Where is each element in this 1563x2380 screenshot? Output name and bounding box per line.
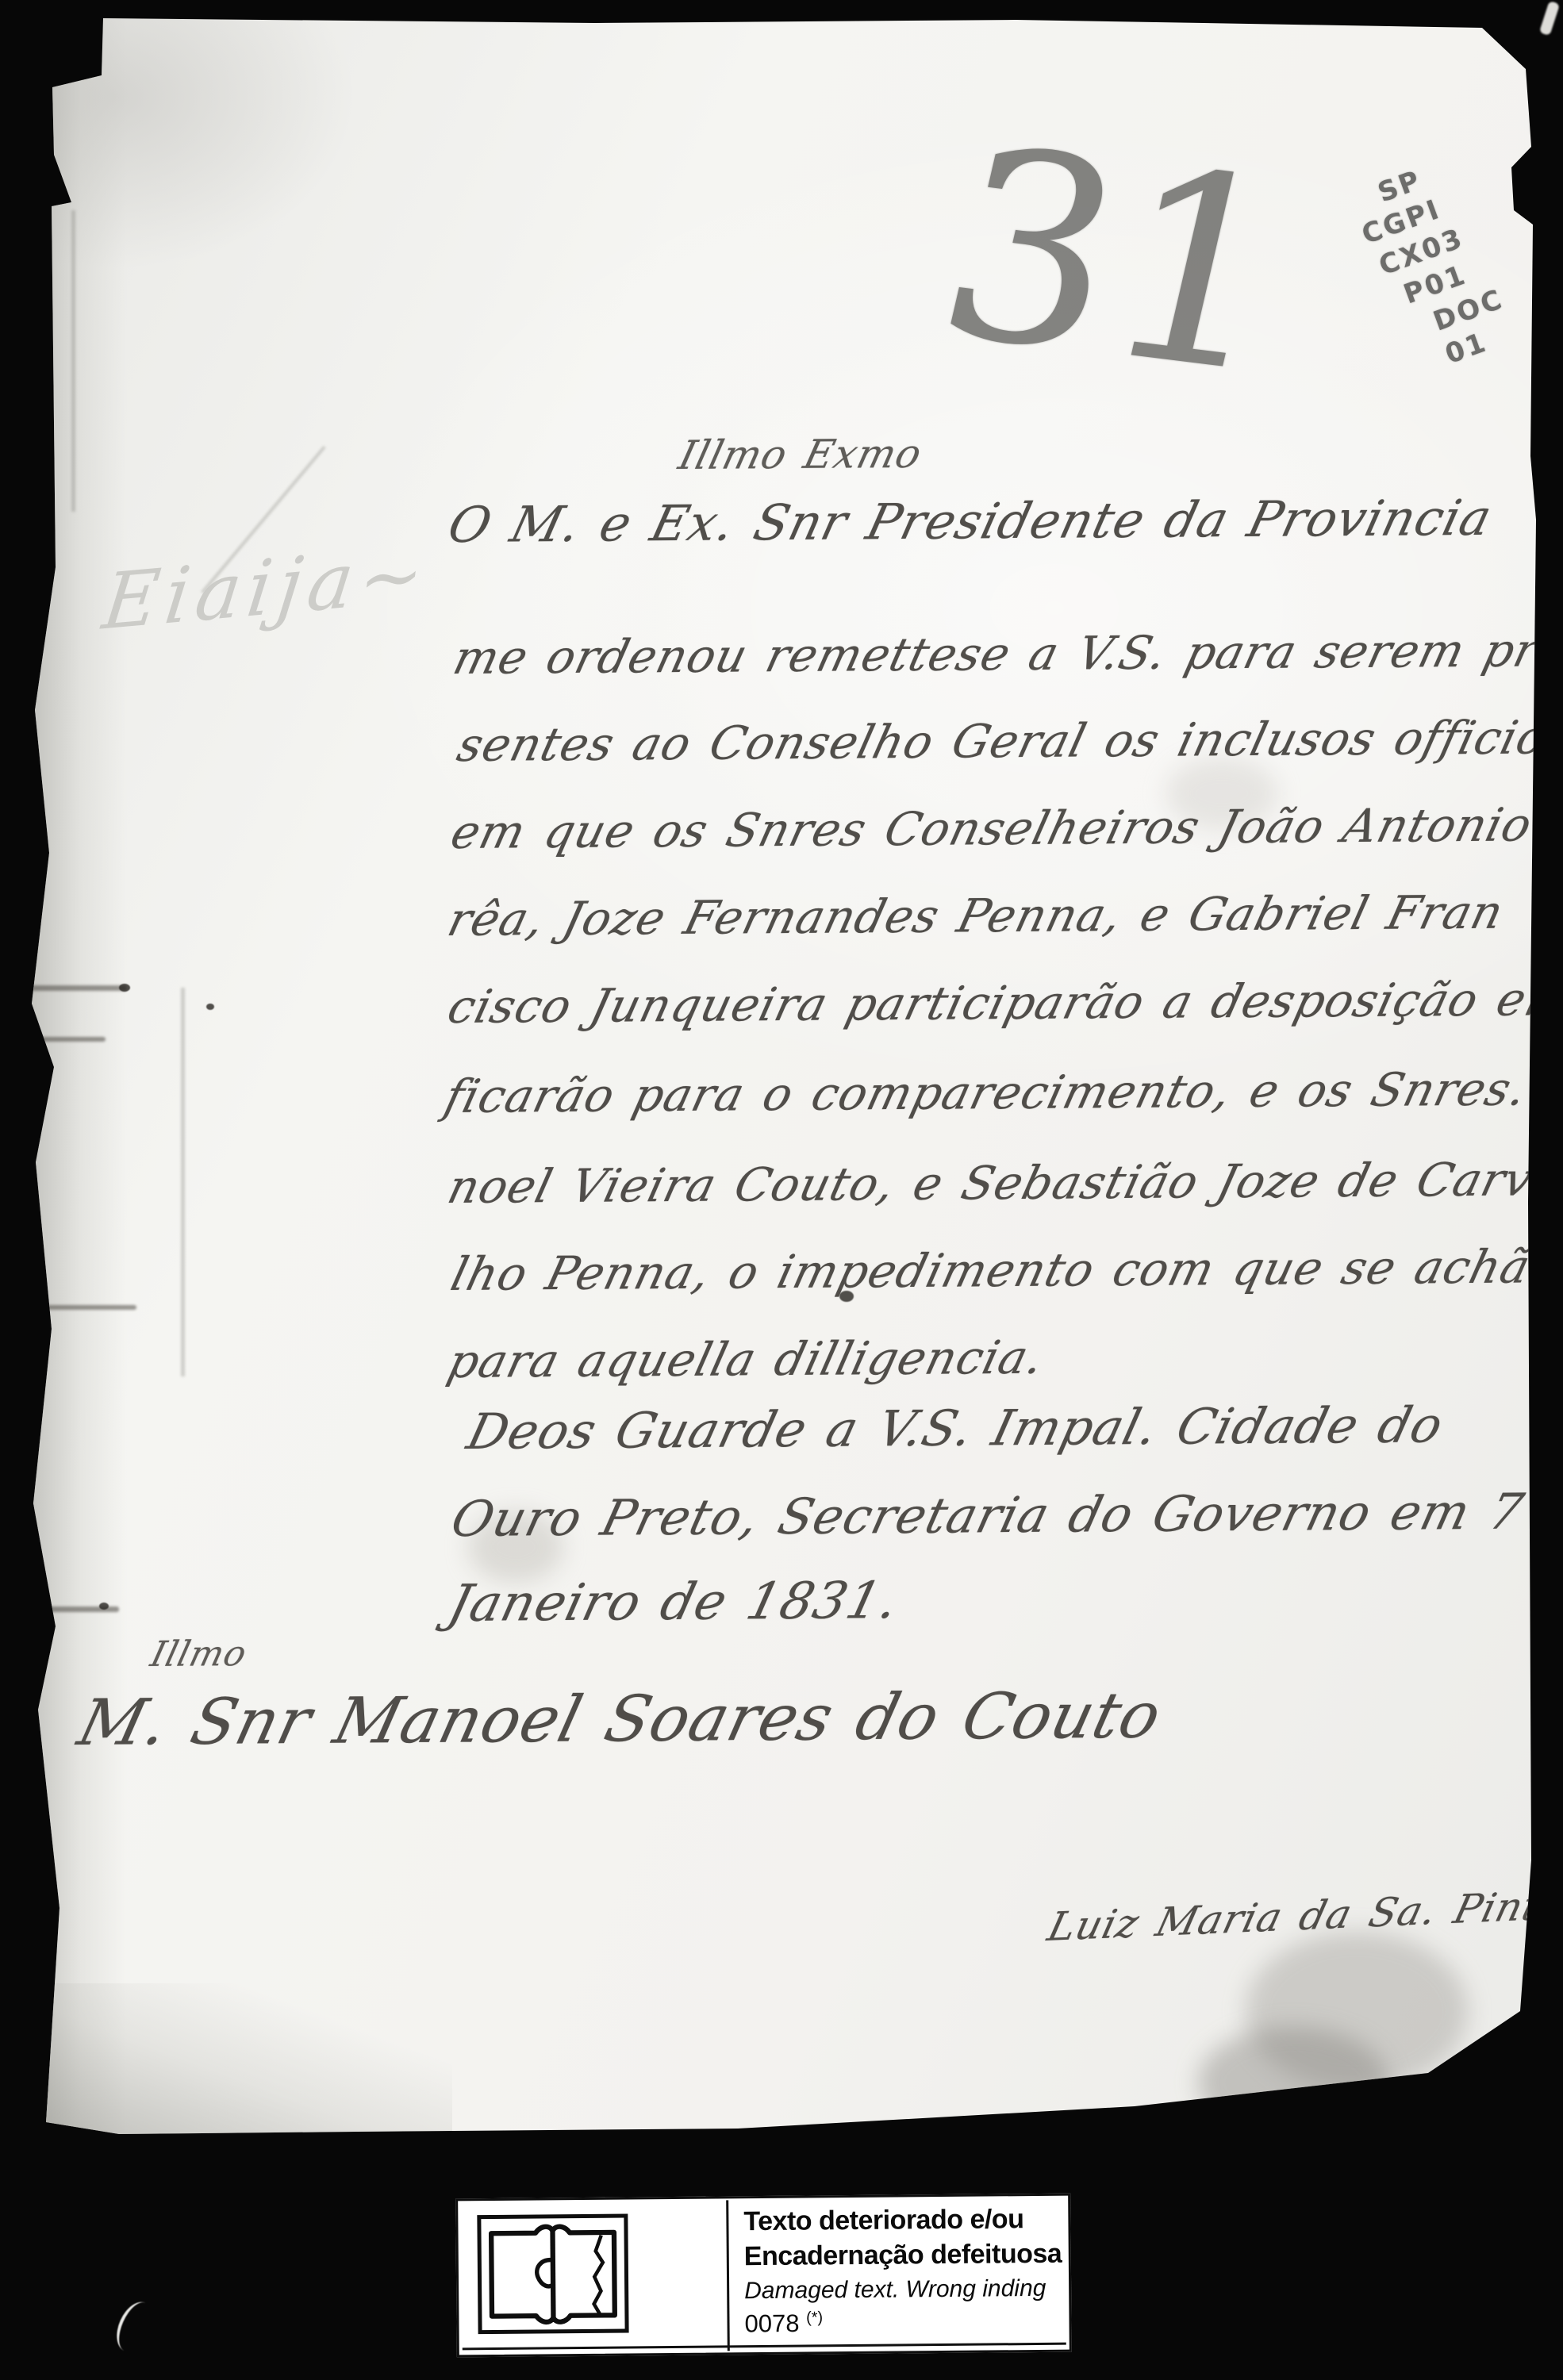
damaged-book-icon-box <box>477 2213 628 2334</box>
letter-line: Ouro Preto, Secretaria do Governo em 7 d… <box>446 1482 1563 1548</box>
letter-line: em que os Snres Conselheiros João Antoni… <box>446 797 1563 859</box>
illegible-pencil-note: Eiaija~ <box>98 528 436 647</box>
ink-speck <box>119 984 130 992</box>
corner-paper-sliver <box>1539 1 1560 36</box>
binding-edge-shading <box>24 12 127 2142</box>
letter-line: sentes ao Conselho Geral os inclusos off… <box>452 710 1563 772</box>
pencil-page-number: 31 <box>920 113 1309 410</box>
ink-speck <box>99 1603 109 1610</box>
damaged-book-icon <box>481 2218 624 2331</box>
label-text-pt-1: Texto deteriorado e/ou <box>743 2204 1023 2237</box>
archive-condition-label: Texto deteriorado e/ou Encadernação defe… <box>455 2194 1072 2358</box>
ink-speck <box>206 1004 214 1010</box>
letter-line: lho Penna, o impedimento com que se achã… <box>446 1239 1563 1301</box>
addressee-line: M. Snr Manoel Soares do Couto <box>71 1679 1169 1760</box>
letter-line: rêa, Joze Fernandes Penna, e Gabriel Fra… <box>443 885 1509 946</box>
letter-line: noel Vieira Couto, e Sebastião Joze de C… <box>443 1152 1563 1214</box>
letter-line: me ordenou remettese a V.S. para serem p… <box>448 623 1563 685</box>
bottom-left-stain-wash <box>24 1983 452 2142</box>
letter-line: para aquella dilligencia. <box>443 1330 1050 1388</box>
letter-line: Janeiro de 1831. <box>443 1572 904 1633</box>
label-code-number: 0078 <box>744 2309 799 2338</box>
film-scratch <box>109 2297 159 2358</box>
binding-fold-line <box>71 210 75 512</box>
letter-line: O M. e Ex. Snr Presidente da Provincia <box>443 489 1498 554</box>
paper-stain <box>1198 2027 1388 2138</box>
archive-reference-pencil: SP CGPI CX03 P01 DOC 01 <box>1347 134 1563 382</box>
letter-salutation: Illmo Exmo <box>674 431 927 478</box>
tear-mark <box>30 1037 106 1042</box>
addressee-salutation: Illmo <box>147 1633 251 1675</box>
archival-scan: { "annotations": { "page_number": "31", … <box>0 0 1563 2380</box>
label-text-en: Damaged text. Wrong inding <box>744 2275 1046 2305</box>
label-divider <box>726 2200 730 2351</box>
label-code: 0078 (*) <box>744 2309 823 2338</box>
tear-mark <box>32 985 127 991</box>
manuscript-page: 31 SP CGPI CX03 P01 DOC 01 Eiaija~ Illmo… <box>24 12 1539 2142</box>
label-code-asterisk: (*) <box>806 2309 823 2326</box>
letter-line: cisco Junqueira participarão a desposiçã… <box>443 972 1563 1034</box>
signature: Luiz Maria da Sa. Pinto <box>1043 1882 1563 1950</box>
label-inner-rule <box>463 2343 1066 2351</box>
label-text-pt-2: Encadernação defeituosa <box>744 2239 1062 2272</box>
paper-fold-line <box>181 988 185 1376</box>
letter-line: Deos Guarde a V.S. Impal. Cidade do <box>462 1395 1449 1461</box>
letter-line: ficarão para o comparecimento, e os Snre… <box>440 1061 1563 1123</box>
tear-mark <box>33 1305 136 1310</box>
